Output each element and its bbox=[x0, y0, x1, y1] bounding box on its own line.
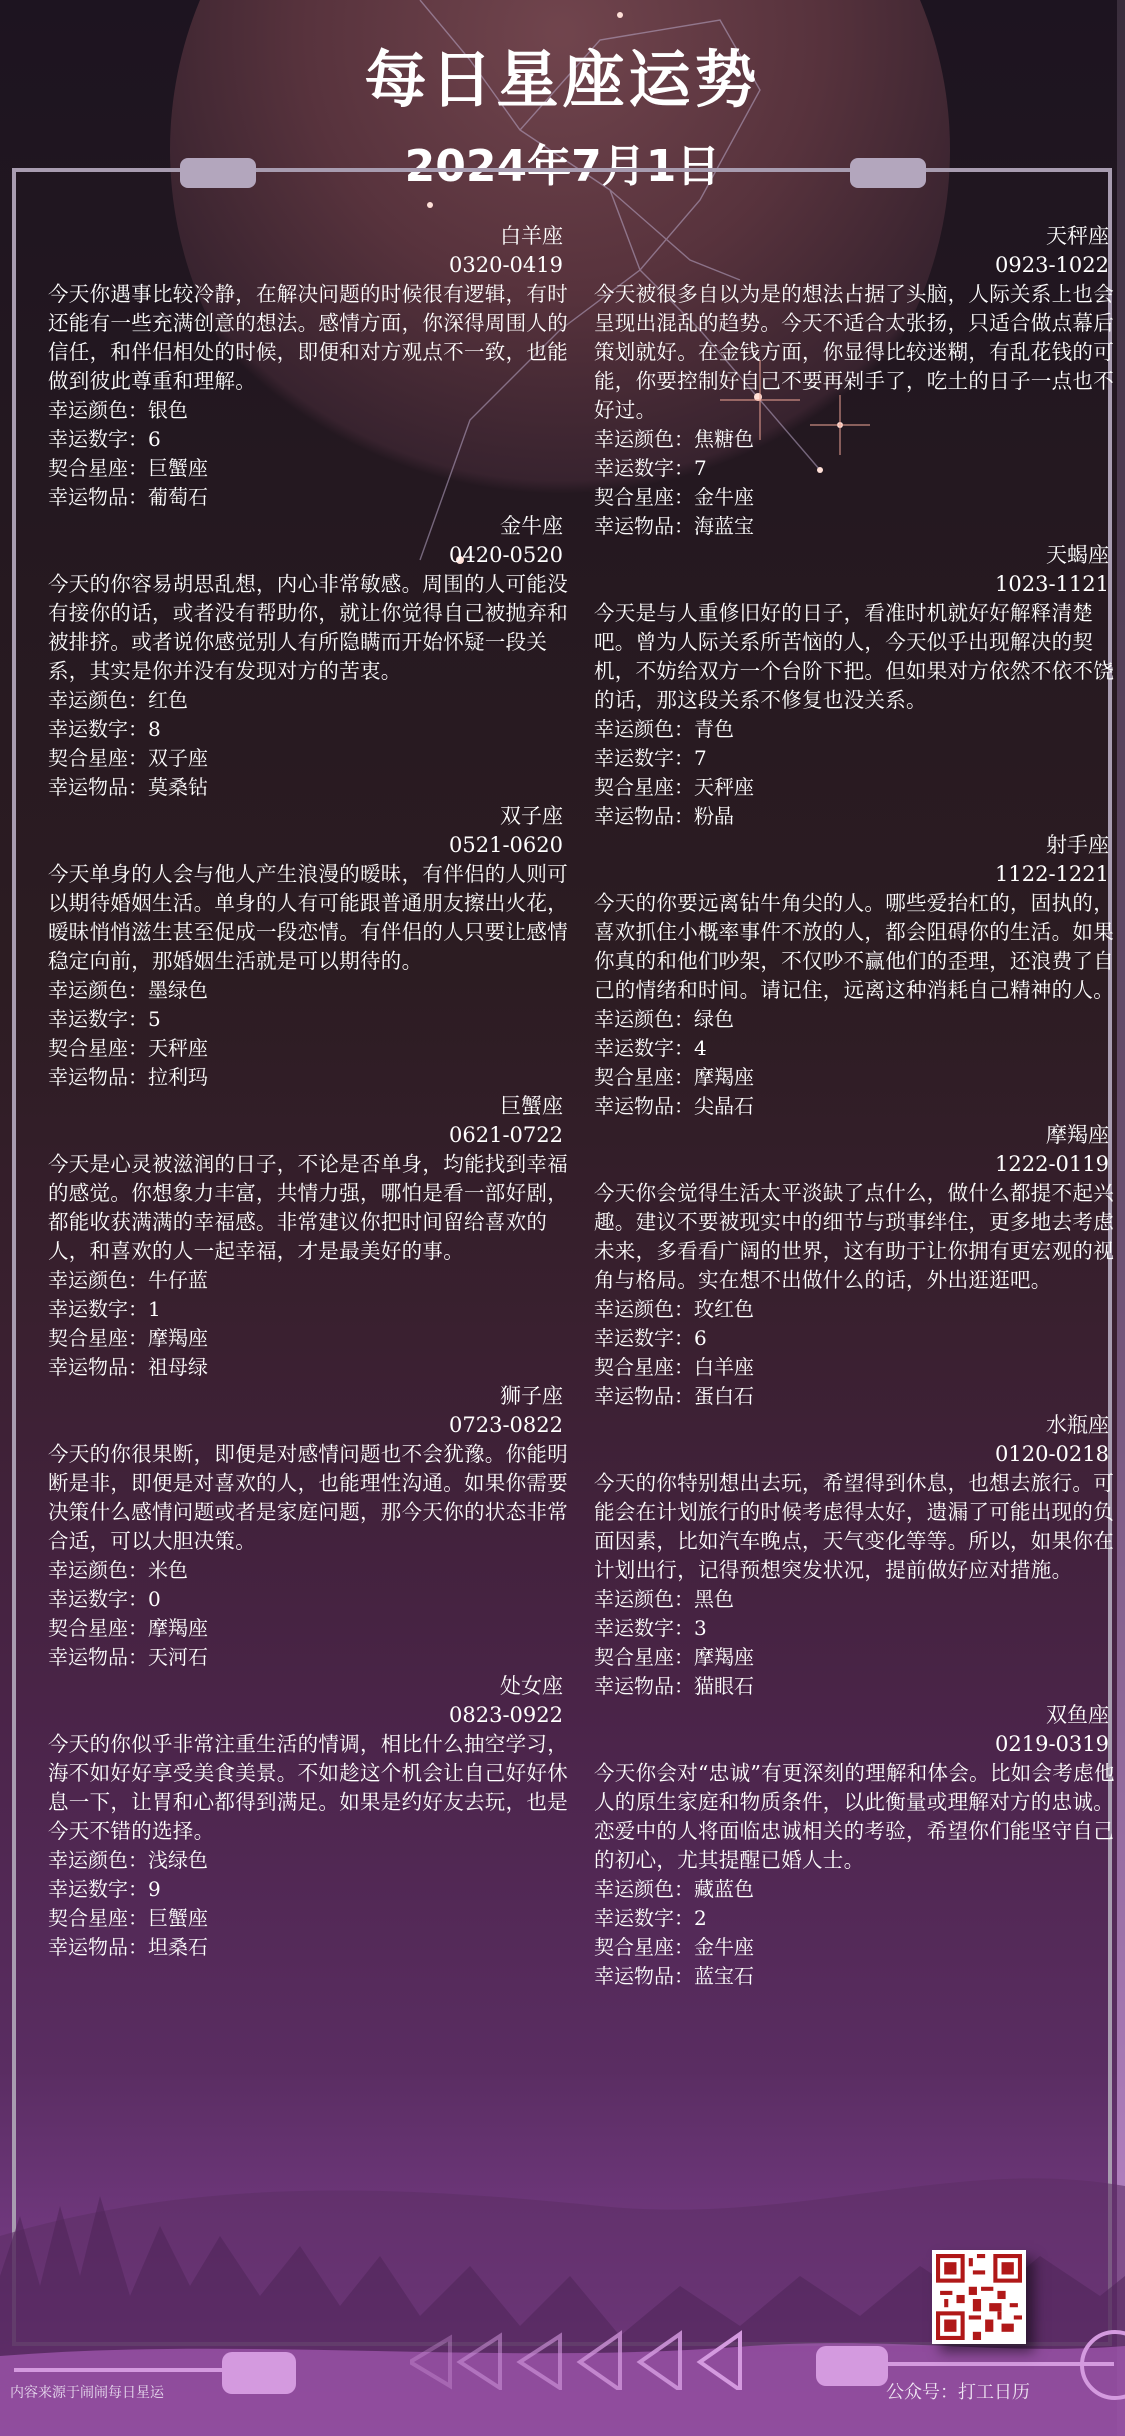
lucky-color: 幸运颜色：藏蓝色 bbox=[594, 1875, 1119, 1904]
label: 幸运颜色： bbox=[48, 688, 148, 712]
sign-name: 水瓶座 bbox=[594, 1411, 1119, 1440]
label: 幸运物品： bbox=[48, 485, 148, 509]
value: 摩羯座 bbox=[148, 1616, 208, 1640]
label: 幸运数字： bbox=[594, 1906, 694, 1930]
label: 幸运数字： bbox=[594, 1326, 694, 1350]
frame-bottom-tab-right bbox=[816, 2346, 888, 2386]
label: 幸运数字： bbox=[48, 717, 148, 741]
label: 幸运颜色： bbox=[594, 717, 694, 741]
label: 契合星座： bbox=[48, 1906, 148, 1930]
label: 幸运物品： bbox=[594, 514, 694, 538]
value: 7 bbox=[694, 456, 707, 480]
lucky-number: 幸运数字：2 bbox=[594, 1904, 1119, 1933]
lucky-number: 幸运数字：0 bbox=[48, 1585, 573, 1614]
lucky-number: 幸运数字：8 bbox=[48, 715, 573, 744]
sign-date-range: 0823-0922 bbox=[48, 1701, 573, 1730]
lucky-number: 幸运数字：6 bbox=[48, 425, 573, 454]
label: 幸运物品： bbox=[48, 1355, 148, 1379]
lucky-color: 幸运颜色：黑色 bbox=[594, 1585, 1119, 1614]
label: 幸运颜色： bbox=[48, 1558, 148, 1582]
lucky-color: 幸运颜色：玫红色 bbox=[594, 1295, 1119, 1324]
sign-date-range: 0723-0822 bbox=[48, 1411, 573, 1440]
label: 契合星座： bbox=[594, 775, 694, 799]
label: 幸运颜色： bbox=[48, 1848, 148, 1872]
value: 米色 bbox=[148, 1558, 188, 1582]
lucky-item: 幸运物品：蓝宝石 bbox=[594, 1962, 1119, 1991]
value: 银色 bbox=[148, 398, 188, 422]
sign-taurus: 金牛座 0420-0520 今天的你容易胡思乱想，内心非常敏感。周围的人可能没有… bbox=[48, 512, 573, 802]
sign-name: 巨蟹座 bbox=[48, 1092, 573, 1121]
sign-aries: 白羊座 0320-0419 今天你遇事比较冷静，在解决问题的时候很有逻辑，有时还… bbox=[48, 222, 573, 512]
value: 焦糖色 bbox=[694, 427, 754, 451]
label: 幸运物品： bbox=[594, 1674, 694, 1698]
value: 9 bbox=[148, 1877, 161, 1901]
matching-sign: 契合星座：巨蟹座 bbox=[48, 1904, 573, 1933]
lucky-color: 幸运颜色：浅绿色 bbox=[48, 1846, 573, 1875]
lucky-color: 幸运颜色：红色 bbox=[48, 686, 573, 715]
sign-date-range: 0219-0319 bbox=[594, 1730, 1119, 1759]
value: 天秤座 bbox=[694, 775, 754, 799]
value: 1 bbox=[148, 1297, 161, 1321]
value: 蛋白石 bbox=[694, 1384, 754, 1408]
label: 幸运数字： bbox=[594, 456, 694, 480]
label: 幸运物品： bbox=[594, 1094, 694, 1118]
lucky-color: 幸运颜色：银色 bbox=[48, 396, 573, 425]
lucky-item: 幸运物品：坦桑石 bbox=[48, 1933, 573, 1962]
label: 契合星座： bbox=[48, 1326, 148, 1350]
value: 蓝宝石 bbox=[694, 1964, 754, 1988]
label: 幸运物品： bbox=[48, 1065, 148, 1089]
lucky-item: 幸运物品：葡萄石 bbox=[48, 483, 573, 512]
label: 幸运颜色： bbox=[48, 978, 148, 1002]
sign-name: 金牛座 bbox=[48, 512, 573, 541]
sign-libra: 天秤座 0923-1022 今天被很多自以为是的想法占据了头脑，人际关系上也会呈… bbox=[594, 222, 1119, 541]
sign-date-range: 1122-1221 bbox=[594, 860, 1119, 889]
sign-description: 今天你会觉得生活太平淡缺了点什么，做什么都提不起兴趣。建议不要被现实中的细节与琐… bbox=[594, 1179, 1119, 1295]
label: 幸运数字： bbox=[48, 1297, 148, 1321]
matching-sign: 契合星座：摩羯座 bbox=[48, 1324, 573, 1353]
sign-date-range: 0120-0218 bbox=[594, 1440, 1119, 1469]
sign-name: 双子座 bbox=[48, 802, 573, 831]
sign-name: 摩羯座 bbox=[594, 1121, 1119, 1150]
label: 契合星座： bbox=[594, 485, 694, 509]
account-name: 公众号：打工日历 bbox=[886, 2378, 1030, 2404]
sign-name: 处女座 bbox=[48, 1672, 573, 1701]
label: 契合星座： bbox=[48, 746, 148, 770]
sign-date-range: 1222-0119 bbox=[594, 1150, 1119, 1179]
lucky-number: 幸运数字：7 bbox=[594, 744, 1119, 773]
label: 契合星座： bbox=[48, 1036, 148, 1060]
qr-code-icon bbox=[936, 2254, 1022, 2340]
sign-date-range: 0621-0722 bbox=[48, 1121, 573, 1150]
label: 幸运数字： bbox=[48, 427, 148, 451]
sign-pisces: 双鱼座 0219-0319 今天你会对“忠诚”有更深刻的理解和体会。比如会考虑他… bbox=[594, 1701, 1119, 1991]
frame-tab-left bbox=[180, 158, 256, 188]
value: 坦桑石 bbox=[148, 1935, 208, 1959]
sign-description: 今天是与人重修旧好的日子，看准时机就好好解释清楚吧。曾为人际关系所苦恼的人，今天… bbox=[594, 599, 1119, 715]
value: 青色 bbox=[694, 717, 734, 741]
triangle-arrows-icon bbox=[410, 2330, 770, 2390]
lucky-color: 幸运颜色：米色 bbox=[48, 1556, 573, 1585]
value: 摩羯座 bbox=[148, 1326, 208, 1350]
value: 8 bbox=[148, 717, 161, 741]
sign-description: 今天的你特别想出去玩，希望得到休息，也想去旅行。可能会在计划旅行的时候考虑得太好… bbox=[594, 1469, 1119, 1585]
value: 双子座 bbox=[148, 746, 208, 770]
sign-description: 今天你会对“忠诚”有更深刻的理解和体会。比如会考虑他人的原生家庭和物质条件，以此… bbox=[594, 1759, 1119, 1875]
frame-bottom-tab-left bbox=[222, 2352, 296, 2394]
lucky-color: 幸运颜色：绿色 bbox=[594, 1005, 1119, 1034]
sign-name: 白羊座 bbox=[48, 222, 573, 251]
right-column: 天秤座 0923-1022 今天被很多自以为是的想法占据了头脑，人际关系上也会呈… bbox=[594, 222, 1119, 1991]
label: 契合星座： bbox=[594, 1065, 694, 1089]
matching-sign: 契合星座：摩羯座 bbox=[48, 1614, 573, 1643]
page-title: 每日星座运势 bbox=[0, 30, 1125, 119]
value: 白羊座 bbox=[694, 1355, 754, 1379]
sign-name: 双鱼座 bbox=[594, 1701, 1119, 1730]
label: 幸运颜色： bbox=[48, 1268, 148, 1292]
lucky-number: 幸运数字：4 bbox=[594, 1034, 1119, 1063]
sign-date-range: 0320-0419 bbox=[48, 251, 573, 280]
value: 尖晶石 bbox=[694, 1094, 754, 1118]
sign-description: 今天单身的人会与他人产生浪漫的暧昧，有伴侣的人则可以期待婚姻生活。单身的人有可能… bbox=[48, 860, 573, 976]
matching-sign: 契合星座：天秤座 bbox=[594, 773, 1119, 802]
value: 天河石 bbox=[148, 1645, 208, 1669]
value: 巨蟹座 bbox=[148, 456, 208, 480]
lucky-color: 幸运颜色：牛仔蓝 bbox=[48, 1266, 573, 1295]
frame-bottom-line-left bbox=[14, 2368, 224, 2372]
lucky-item: 幸运物品：海蓝宝 bbox=[594, 512, 1119, 541]
value: 牛仔蓝 bbox=[148, 1268, 208, 1292]
value: 藏蓝色 bbox=[694, 1877, 754, 1901]
value: 6 bbox=[694, 1326, 707, 1350]
matching-sign: 契合星座：金牛座 bbox=[594, 483, 1119, 512]
value: 黑色 bbox=[694, 1587, 734, 1611]
label: 幸运物品： bbox=[48, 1645, 148, 1669]
sign-date-range: 1023-1121 bbox=[594, 570, 1119, 599]
value: 海蓝宝 bbox=[694, 514, 754, 538]
sign-scorpio: 天蝎座 1023-1121 今天是与人重修旧好的日子，看准时机就好好解释清楚吧。… bbox=[594, 541, 1119, 831]
label: 幸运数字： bbox=[594, 1616, 694, 1640]
label: 幸运数字： bbox=[48, 1587, 148, 1611]
value: 莫桑钻 bbox=[148, 775, 208, 799]
label: 幸运物品： bbox=[48, 1935, 148, 1959]
sign-description: 今天被很多自以为是的想法占据了头脑，人际关系上也会呈现出混乱的趋势。今天不适合太… bbox=[594, 280, 1119, 425]
label: 幸运物品： bbox=[594, 1964, 694, 1988]
lucky-number: 幸运数字：7 bbox=[594, 454, 1119, 483]
value: 2 bbox=[694, 1906, 707, 1930]
lucky-item: 幸运物品：拉利玛 bbox=[48, 1063, 573, 1092]
label: 幸运颜色： bbox=[594, 1877, 694, 1901]
label: 幸运颜色： bbox=[594, 427, 694, 451]
value: 金牛座 bbox=[694, 1935, 754, 1959]
sign-name: 天秤座 bbox=[594, 222, 1119, 251]
matching-sign: 契合星座：摩羯座 bbox=[594, 1063, 1119, 1092]
matching-sign: 契合星座：白羊座 bbox=[594, 1353, 1119, 1382]
value: 3 bbox=[694, 1616, 707, 1640]
sign-date-range: 0923-1022 bbox=[594, 251, 1119, 280]
lucky-item: 幸运物品：猫眼石 bbox=[594, 1672, 1119, 1701]
lucky-color: 幸运颜色：焦糖色 bbox=[594, 425, 1119, 454]
label: 幸运颜色： bbox=[594, 1587, 694, 1611]
sign-gemini: 双子座 0521-0620 今天单身的人会与他人产生浪漫的暧昧，有伴侣的人则可以… bbox=[48, 802, 573, 1092]
sign-description: 今天的你很果断，即便是对感情问题也不会犹豫。你能明断是非，即便是对喜欢的人，也能… bbox=[48, 1440, 573, 1556]
sign-leo: 狮子座 0723-0822 今天的你很果断，即便是对感情问题也不会犹豫。你能明断… bbox=[48, 1382, 573, 1672]
value: 5 bbox=[148, 1007, 161, 1031]
value: 0 bbox=[148, 1587, 161, 1611]
sign-description: 今天的你似乎非常注重生活的情调，相比什么抽空学习，海不如好好享受美食美景。不如趁… bbox=[48, 1730, 573, 1846]
label: 幸运颜色： bbox=[594, 1007, 694, 1031]
lucky-number: 幸运数字：5 bbox=[48, 1005, 573, 1034]
lucky-item: 幸运物品：天河石 bbox=[48, 1643, 573, 1672]
sign-description: 今天的你要远离钻牛角尖的人。哪些爱抬杠的，固执的，喜欢抓住小概率事件不放的人，都… bbox=[594, 889, 1119, 1005]
matching-sign: 契合星座：巨蟹座 bbox=[48, 454, 573, 483]
lucky-number: 幸运数字：1 bbox=[48, 1295, 573, 1324]
label: 契合星座： bbox=[594, 1645, 694, 1669]
lucky-item: 幸运物品：尖晶石 bbox=[594, 1092, 1119, 1121]
label: 契合星座： bbox=[48, 1616, 148, 1640]
lucky-color: 幸运颜色：青色 bbox=[594, 715, 1119, 744]
sign-virgo: 处女座 0823-0922 今天的你似乎非常注重生活的情调，相比什么抽空学习，海… bbox=[48, 1672, 573, 1962]
value: 6 bbox=[148, 427, 161, 451]
matching-sign: 契合星座：双子座 bbox=[48, 744, 573, 773]
value: 绿色 bbox=[694, 1007, 734, 1031]
sign-date-range: 0521-0620 bbox=[48, 831, 573, 860]
lucky-item: 幸运物品：粉晶 bbox=[594, 802, 1119, 831]
value: 葡萄石 bbox=[148, 485, 208, 509]
matching-sign: 契合星座：金牛座 bbox=[594, 1933, 1119, 1962]
value: 摩羯座 bbox=[694, 1645, 754, 1669]
sign-sagittarius: 射手座 1122-1221 今天的你要远离钻牛角尖的人。哪些爱抬杠的，固执的，喜… bbox=[594, 831, 1119, 1121]
lucky-number: 幸运数字：9 bbox=[48, 1875, 573, 1904]
value: 祖母绿 bbox=[148, 1355, 208, 1379]
sign-cancer: 巨蟹座 0621-0722 今天是心灵被滋润的日子，不论是否单身，均能找到幸福的… bbox=[48, 1092, 573, 1382]
label: 幸运物品： bbox=[48, 775, 148, 799]
value: 金牛座 bbox=[694, 485, 754, 509]
value: 巨蟹座 bbox=[148, 1906, 208, 1930]
label: 幸运物品： bbox=[594, 804, 694, 828]
source-credit: 内容来源于闹闹每日星运 bbox=[10, 2382, 164, 2402]
sign-description: 今天的你容易胡思乱想，内心非常敏感。周围的人可能没有接你的话，或者没有帮助你，就… bbox=[48, 570, 573, 686]
label: 幸运颜色： bbox=[48, 398, 148, 422]
value: 4 bbox=[694, 1036, 707, 1060]
lucky-number: 幸运数字：3 bbox=[594, 1614, 1119, 1643]
lucky-item: 幸运物品：蛋白石 bbox=[594, 1382, 1119, 1411]
value: 墨绿色 bbox=[148, 978, 208, 1002]
sign-name: 天蝎座 bbox=[594, 541, 1119, 570]
sign-aquarius: 水瓶座 0120-0218 今天的你特别想出去玩，希望得到休息，也想去旅行。可能… bbox=[594, 1411, 1119, 1701]
matching-sign: 契合星座：天秤座 bbox=[48, 1034, 573, 1063]
lucky-item: 幸运物品：祖母绿 bbox=[48, 1353, 573, 1382]
label: 幸运物品： bbox=[594, 1384, 694, 1408]
matching-sign: 契合星座：摩羯座 bbox=[594, 1643, 1119, 1672]
value: 猫眼石 bbox=[694, 1674, 754, 1698]
label: 幸运数字： bbox=[48, 1877, 148, 1901]
label: 幸运数字： bbox=[594, 1036, 694, 1060]
value: 粉晶 bbox=[694, 804, 734, 828]
lucky-color: 幸运颜色：墨绿色 bbox=[48, 976, 573, 1005]
value: 天秤座 bbox=[148, 1036, 208, 1060]
lucky-item: 幸运物品：莫桑钻 bbox=[48, 773, 573, 802]
label: 契合星座： bbox=[594, 1355, 694, 1379]
qr-code[interactable] bbox=[932, 2250, 1026, 2344]
sign-description: 今天你遇事比较冷静，在解决问题的时候很有逻辑，有时还能有一些充满创意的想法。感情… bbox=[48, 280, 573, 396]
sign-description: 今天是心灵被滋润的日子，不论是否单身，均能找到幸福的感觉。你想象力丰富，共情力强… bbox=[48, 1150, 573, 1266]
frame-tab-right bbox=[850, 158, 926, 188]
sign-capricorn: 摩羯座 1222-0119 今天你会觉得生活太平淡缺了点什么，做什么都提不起兴趣… bbox=[594, 1121, 1119, 1411]
label: 契合星座： bbox=[48, 456, 148, 480]
sign-date-range: 0420-0520 bbox=[48, 541, 573, 570]
value: 浅绿色 bbox=[148, 1848, 208, 1872]
value: 摩羯座 bbox=[694, 1065, 754, 1089]
sign-name: 狮子座 bbox=[48, 1382, 573, 1411]
label: 幸运颜色： bbox=[594, 1297, 694, 1321]
lucky-number: 幸运数字：6 bbox=[594, 1324, 1119, 1353]
left-column: 白羊座 0320-0419 今天你遇事比较冷静，在解决问题的时候很有逻辑，有时还… bbox=[48, 222, 573, 1962]
value: 7 bbox=[694, 746, 707, 770]
label: 幸运数字： bbox=[48, 1007, 148, 1031]
label: 契合星座： bbox=[594, 1935, 694, 1959]
value: 红色 bbox=[148, 688, 188, 712]
sign-name: 射手座 bbox=[594, 831, 1119, 860]
value: 玫红色 bbox=[694, 1297, 754, 1321]
value: 拉利玛 bbox=[148, 1065, 208, 1089]
label: 幸运数字： bbox=[594, 746, 694, 770]
